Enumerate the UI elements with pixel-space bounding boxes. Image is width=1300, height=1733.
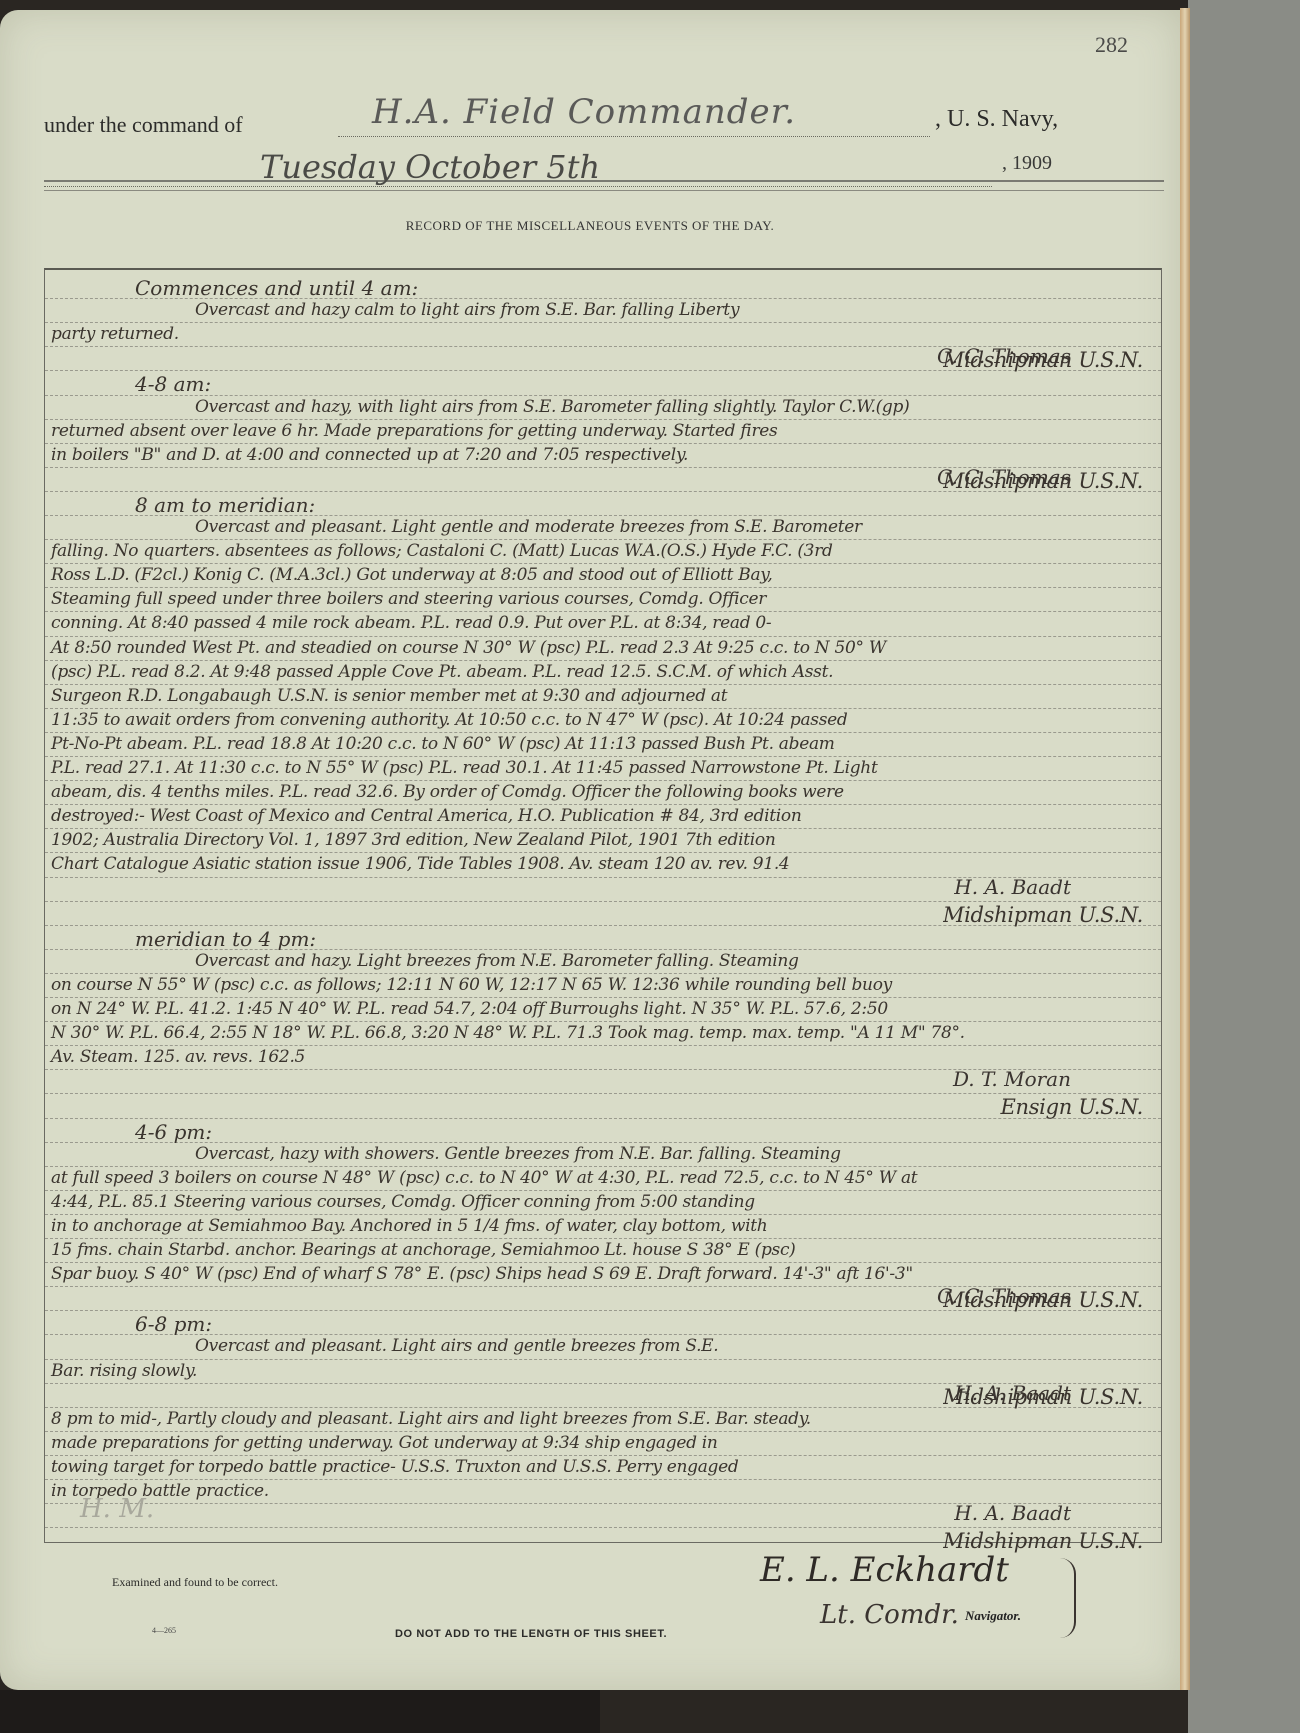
log-entry-line: conning. At 8:40 passed 4 mile rock abea… <box>45 613 1161 633</box>
watch-officer-signature: H. A. Baadt <box>954 875 1071 899</box>
log-entry-line: Chart Catalogue Asiatic station issue 19… <box>45 854 1161 874</box>
log-entry-line: Av. Steam. 125. av. revs. 162.5 <box>45 1047 1161 1067</box>
ruled-line <box>45 828 1161 829</box>
log-entry-line: Overcast and hazy calm to light airs fro… <box>45 300 1161 320</box>
form-number: 4—265 <box>152 1626 176 1635</box>
log-entry-line: (psc) P.L. read 8.2. At 9:48 passed Appl… <box>45 662 1161 682</box>
log-entry-line: Midshipman U.S.N. <box>943 348 1143 372</box>
ruled-line <box>45 997 1161 998</box>
ruled-line <box>45 708 1161 709</box>
watch-officer-signature: H. A. Baadt <box>954 1501 1071 1525</box>
ruled-line <box>45 1238 1161 1239</box>
ruled-line <box>45 1045 1161 1046</box>
signature-bracket <box>1060 1558 1076 1638</box>
log-entry-line: Spar buoy. S 40° W (psc) End of wharf S … <box>45 1264 1161 1284</box>
commander-name: H.A. Field Commander. <box>372 92 796 132</box>
sheet-notice: DO NOT ADD TO THE LENGTH OF THIS SHEET. <box>395 1628 667 1640</box>
log-entry-line: on N 24° W. P.L. 41.2. 1:45 N 40° W. P.L… <box>45 999 1161 1019</box>
ruled-line <box>45 1455 1161 1456</box>
ruled-line <box>45 756 1161 757</box>
ruled-line <box>45 1190 1161 1191</box>
ruled-line <box>45 539 1161 540</box>
ruled-line <box>45 901 1161 902</box>
ruled-line <box>45 1479 1161 1480</box>
ruled-line <box>45 804 1161 805</box>
log-entry-line: Pt-No-Pt abeam. P.L. read 18.8 At 10:20 … <box>45 734 1161 754</box>
log-entry-line: on course N 55° W (psc) c.c. as follows;… <box>45 975 1161 995</box>
log-entry-line: Midshipman U.S.N. <box>943 1385 1143 1409</box>
date-fill-line <box>44 186 992 187</box>
log-entry-line: Ross L.D. (F2cl.) Konig C. (M.A.3cl.) Go… <box>45 565 1161 585</box>
log-entry-line: At 8:50 rounded West Pt. and steadied on… <box>45 638 1161 658</box>
log-entry-line: Midshipman U.S.N. <box>943 903 1143 927</box>
ruled-line <box>45 660 1161 661</box>
header-rule-secondary <box>44 190 1164 191</box>
ruled-line <box>45 1166 1161 1167</box>
log-entry-line: Overcast and hazy, with light airs from … <box>45 397 1161 417</box>
ruled-line <box>45 443 1161 444</box>
ruled-line <box>45 1262 1161 1263</box>
ruled-line <box>45 636 1161 637</box>
log-entry-line: Overcast and hazy. Light breezes from N.… <box>45 951 1161 971</box>
log-entry-line: made preparations for getting underway. … <box>45 1433 1161 1453</box>
ruled-line <box>45 780 1161 781</box>
watch-officer-signature: D. T. Moran <box>953 1067 1071 1091</box>
navigator-label: Navigator. <box>965 1608 1021 1624</box>
log-entry-line: party returned. <box>45 324 1161 344</box>
header-rule <box>44 180 1164 182</box>
navigator-rank: Lt. Comdr. <box>820 1600 959 1630</box>
ruled-line <box>45 587 1161 588</box>
examined-label: Examined and found to be correct. <box>112 1575 278 1590</box>
ruled-line <box>45 684 1161 685</box>
log-entry-line: Bar. rising slowly. <box>45 1361 1161 1381</box>
log-entry-line: returned absent over leave 6 hr. Made pr… <box>45 421 1161 441</box>
log-entry-line: at full speed 3 boilers on course N 48° … <box>45 1168 1161 1188</box>
log-entry-line: Steaming full speed under three boilers … <box>45 589 1161 609</box>
log-entry-line: Overcast and pleasant. Light gentle and … <box>45 517 1161 537</box>
ruled-line <box>45 1118 1161 1119</box>
ruled-line <box>45 563 1161 564</box>
ruled-line <box>45 1214 1161 1215</box>
ruled-line <box>45 852 1161 853</box>
log-entry-line: towing target for torpedo battle practic… <box>45 1457 1161 1477</box>
page-edge <box>1180 8 1190 1690</box>
log-entry-line: in to anchorage at Semiahmoo Bay. Anchor… <box>45 1216 1161 1236</box>
watch-heading: 8 am to meridian: <box>45 493 1161 517</box>
log-entry-line: 15 fms. chain Starbd. anchor. Bearings a… <box>45 1240 1161 1260</box>
watch-heading: 6-8 pm: <box>45 1312 1161 1336</box>
page-number: 282 <box>1095 32 1128 58</box>
watch-heading: meridian to 4 pm: <box>45 927 1161 951</box>
pencil-initials: H. M. <box>80 1494 154 1524</box>
events-record-box: Commences and until 4 am:Overcast and ha… <box>44 268 1162 1543</box>
watch-heading: Commences and until 4 am: <box>45 276 1161 300</box>
ruled-line <box>45 322 1161 323</box>
log-entry-line: Overcast and pleasant. Light airs and ge… <box>45 1336 1161 1356</box>
log-entry-line: destroyed:- West Coast of Mexico and Cen… <box>45 806 1161 826</box>
navigator-signature: E. L. Eckhardt <box>760 1550 1009 1590</box>
ruled-line <box>45 1431 1161 1432</box>
log-entry-line: in torpedo battle practice. <box>45 1481 1161 1501</box>
log-entry-line: P.L. read 27.1. At 11:30 c.c. to N 55° W… <box>45 758 1161 778</box>
ruled-line <box>45 973 1161 974</box>
log-year: , 1909 <box>1002 152 1052 175</box>
log-entry-line: falling. No quarters. absentees as follo… <box>45 541 1161 561</box>
log-entry-line: in boilers "B" and D. at 4:00 and connec… <box>45 445 1161 465</box>
section-title: RECORD OF THE MISCELLANEOUS EVENTS OF TH… <box>0 218 1180 234</box>
log-entry-line: abeam, dis. 4 tenths miles. P.L. read 32… <box>45 782 1161 802</box>
log-entry-line: 4:44, P.L. 85.1 Steering various courses… <box>45 1192 1161 1212</box>
log-entry-line: 1902; Australia Directory Vol. 1, 1897 3… <box>45 830 1161 850</box>
watch-heading: 4-8 am: <box>45 372 1161 396</box>
book-cover-shadow <box>0 1690 600 1733</box>
command-fill-line <box>338 136 930 137</box>
ruled-line <box>45 1093 1161 1094</box>
log-date: Tuesday October 5th <box>260 148 600 186</box>
log-entry-line: Midshipman U.S.N. <box>943 469 1143 493</box>
log-entry-line: 11:35 to await orders from convening aut… <box>45 710 1161 730</box>
log-entry-line: Ensign U.S.N. <box>1000 1095 1143 1119</box>
log-entry-line: N 30° W. P.L. 66.4, 2:55 N 18° W. P.L. 6… <box>45 1023 1161 1043</box>
log-page: 282 under the command of H.A. Field Comm… <box>0 10 1180 1690</box>
ruled-line <box>45 611 1161 612</box>
log-entry-line: 8 pm to mid-, Partly cloudy and pleasant… <box>45 1409 1161 1429</box>
ruled-line <box>45 419 1161 420</box>
navy-label: , U. S. Navy, <box>935 106 1058 133</box>
ruled-line <box>45 1359 1161 1360</box>
log-entry-line: Surgeon R.D. Longabaugh U.S.N. is senior… <box>45 686 1161 706</box>
log-entry-line: Midshipman U.S.N. <box>943 1288 1143 1312</box>
ruled-line <box>45 732 1161 733</box>
scanner-background <box>1188 0 1300 1733</box>
log-entry-line: Overcast, hazy with showers. Gentle bree… <box>45 1144 1161 1164</box>
command-label: under the command of <box>44 112 243 138</box>
ruled-line <box>45 1527 1161 1528</box>
ruled-line <box>45 1021 1161 1022</box>
watch-heading: 4-6 pm: <box>45 1120 1161 1144</box>
